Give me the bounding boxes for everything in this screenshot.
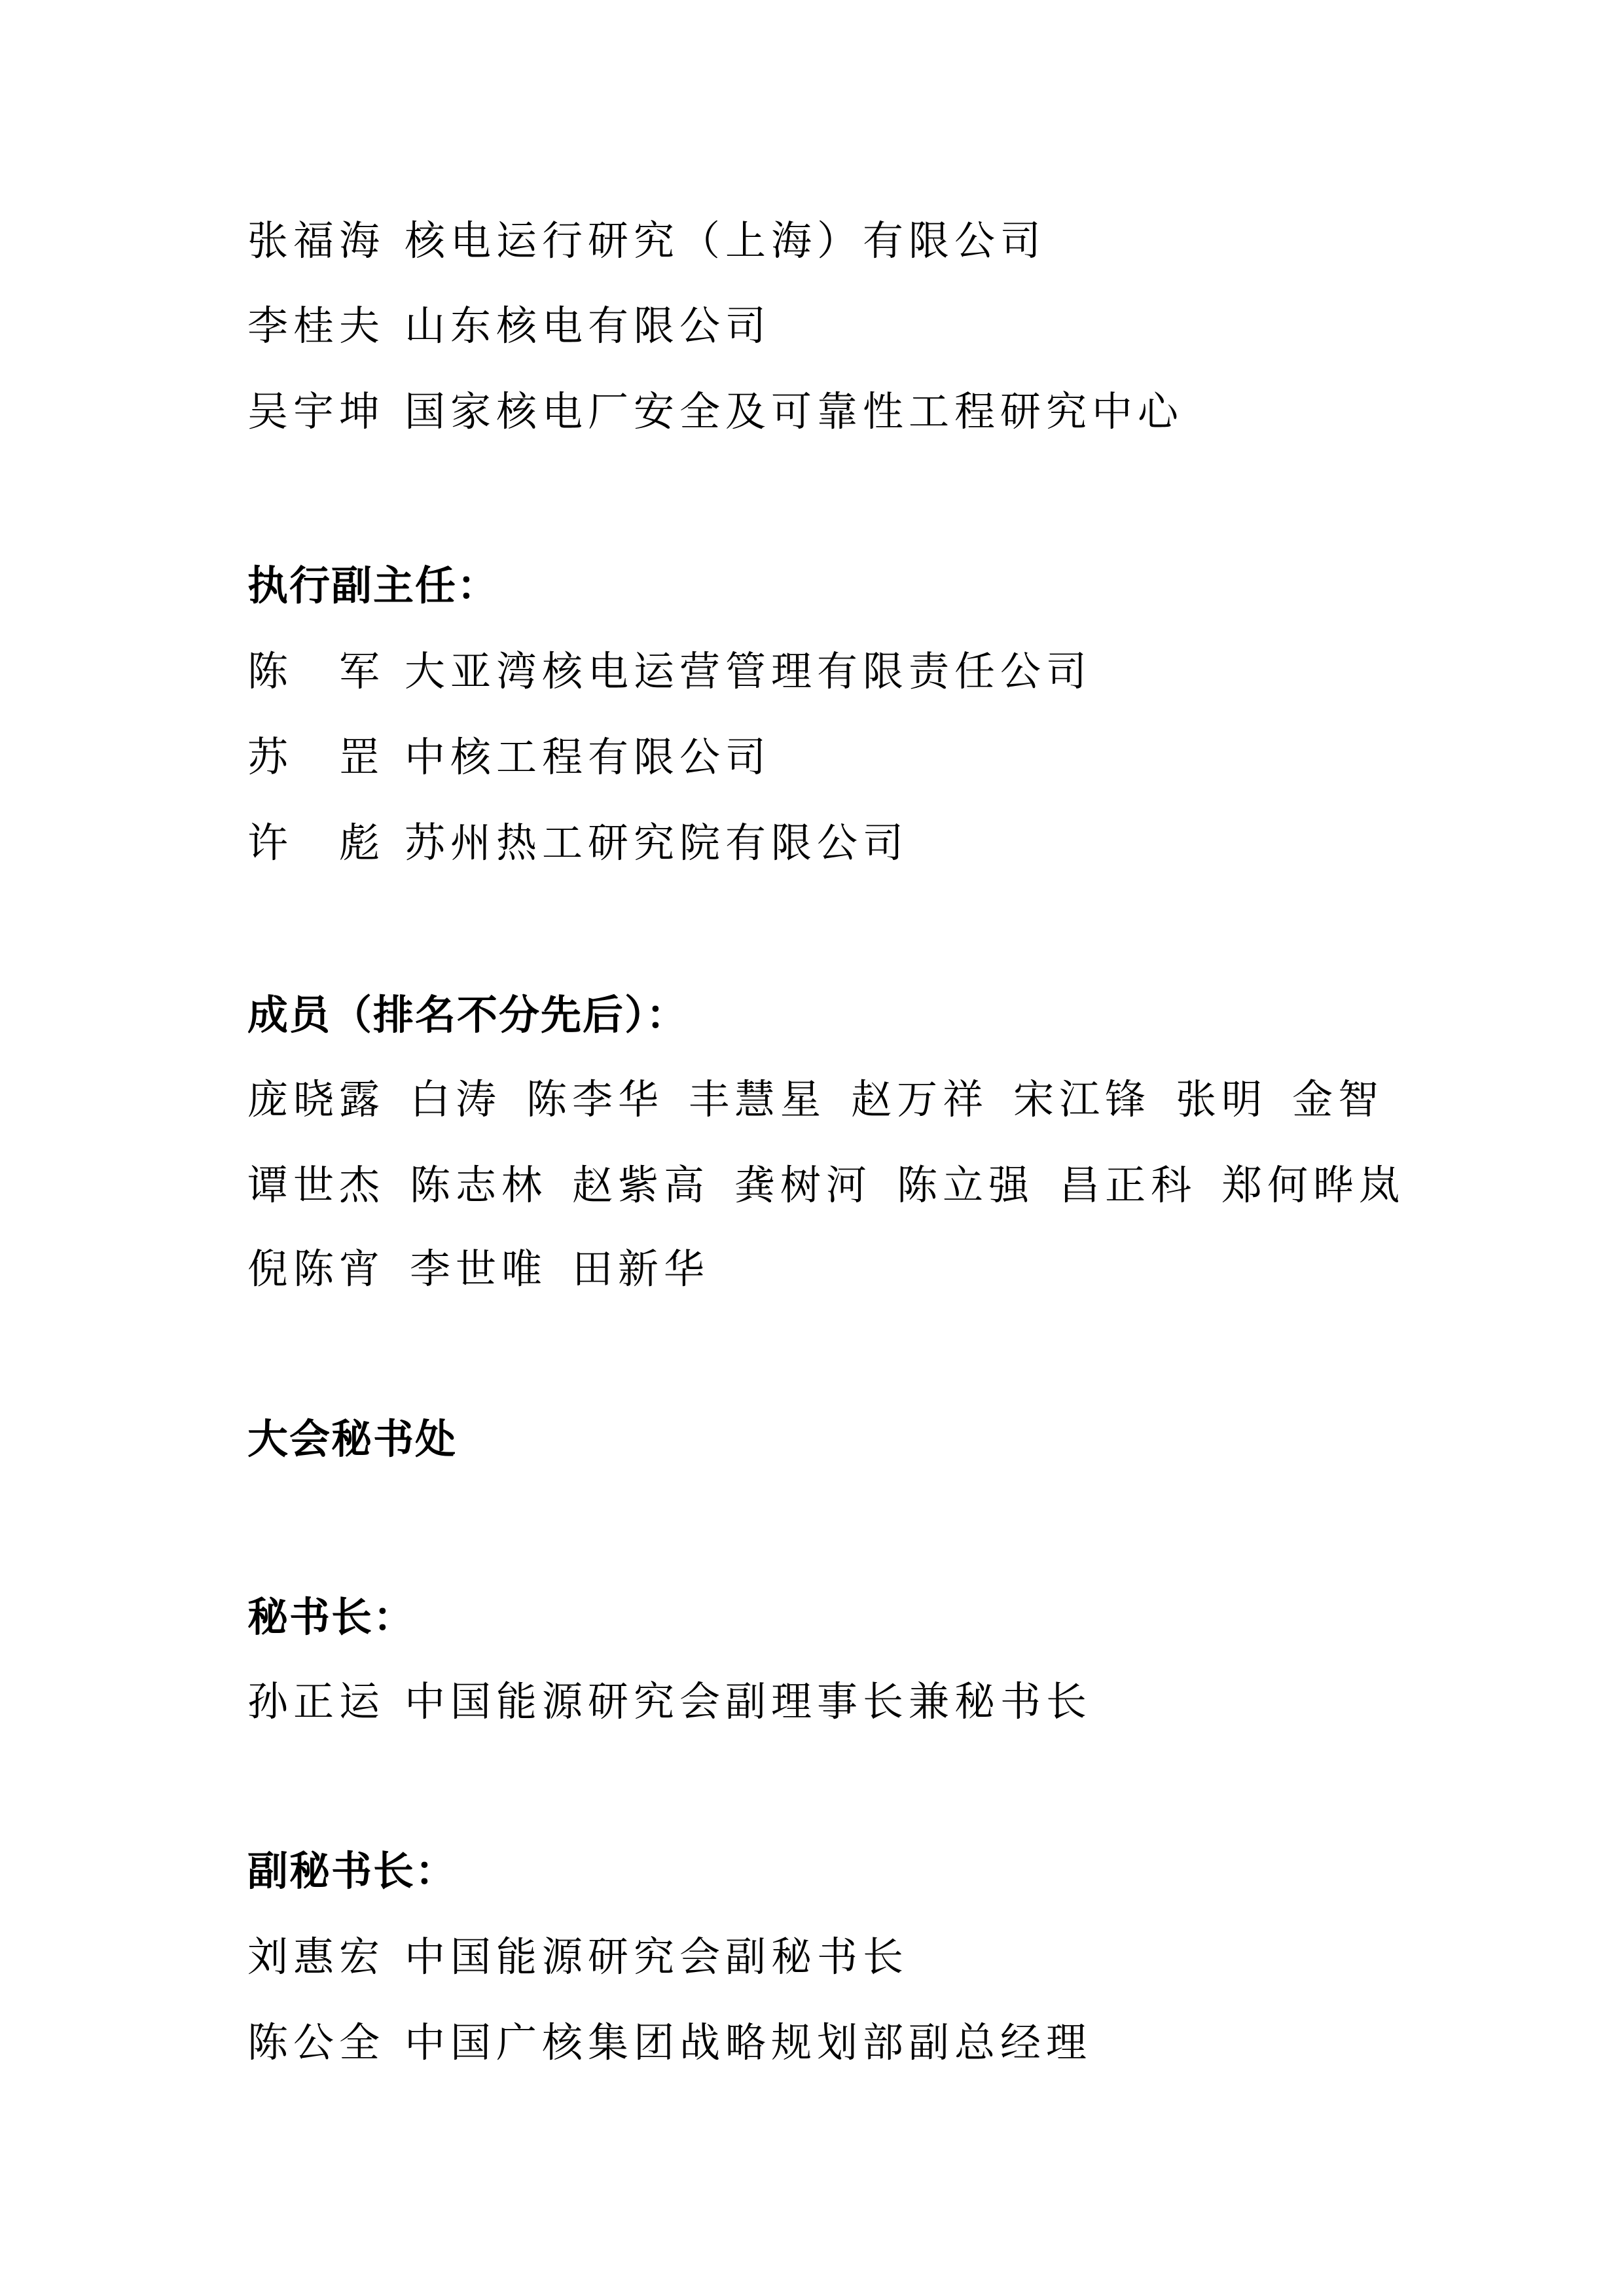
section-heading-secretary-general: 秘书长： [247, 1591, 415, 1643]
entry-row: 孙正运中国能源研究会副理事长兼秘书长 [247, 1676, 1092, 1728]
member-name: 李世唯 [410, 1245, 547, 1293]
section-heading-executive-vice-directors: 执行副主任： [247, 560, 499, 612]
organization: 中国广核集团战略规划部副总经理 [405, 2018, 1092, 2066]
organization: 核电运行研究（上海）有限公司 [405, 217, 1046, 264]
organization: 中核工程有限公司 [405, 733, 771, 781]
entry-row: 陈 军大亚湾核电运营管理有限责任公司 [247, 645, 1092, 698]
person-name: 张福海 [247, 215, 385, 267]
members-row: 倪陈宵李世唯田新华 [247, 1243, 734, 1295]
members-row: 谭世杰陈志林赵紫高龚树河陈立强昌正科郑何晔岚 [247, 1159, 1430, 1211]
entry-row: 张福海核电运行研究（上海）有限公司 [247, 215, 1046, 267]
entry-row: 苏 罡中核工程有限公司 [247, 731, 771, 783]
member-name: 张明 [1176, 1075, 1267, 1123]
organization: 国家核电厂安全及可靠性工程研究中心 [405, 387, 1183, 435]
member-name: 陈立强 [897, 1161, 1034, 1209]
organization: 中国能源研究会副理事长兼秘书长 [405, 1677, 1092, 1725]
member-name: 陈李华 [526, 1075, 664, 1123]
person-name: 孙正运 [247, 1676, 385, 1728]
section-heading-deputy-secretary-general: 副秘书长： [247, 1845, 457, 1897]
member-name: 金智 [1292, 1075, 1384, 1123]
person-name: 吴宇坤 [247, 386, 385, 438]
organization: 山东核电有限公司 [405, 302, 771, 350]
entry-row: 陈公全中国广核集团战略规划部副总经理 [247, 2017, 1092, 2069]
entry-row: 李桂夫山东核电有限公司 [247, 300, 771, 352]
members-row: 庞晓露白涛陈李华丰慧星赵万祥宋江锋张明金智 [247, 1073, 1409, 1126]
entry-row: 吴宇坤国家核电厂安全及可靠性工程研究中心 [247, 386, 1183, 438]
person-name: 刘惠宏 [247, 1931, 385, 1983]
member-name: 赵紫高 [572, 1161, 710, 1209]
person-name: 苏 罡 [247, 731, 385, 783]
member-name: 郑何晔岚 [1221, 1161, 1405, 1209]
member-name: 丰慧星 [689, 1075, 826, 1123]
member-name: 宋江锋 [1013, 1075, 1151, 1123]
person-name: 陈公全 [247, 2017, 385, 2069]
member-name: 昌正科 [1059, 1161, 1197, 1209]
member-name: 赵万祥 [851, 1075, 988, 1123]
person-name: 许 彪 [247, 817, 385, 869]
section-heading-secretariat: 大会秘书处 [247, 1413, 457, 1465]
entry-row: 刘惠宏中国能源研究会副秘书长 [247, 1931, 909, 1983]
entry-row: 许 彪苏州热工研究院有限公司 [247, 817, 909, 869]
member-name: 龚树河 [734, 1161, 872, 1209]
section-heading-members: 成员（排名不分先后）： [247, 989, 688, 1041]
member-name: 陈志林 [410, 1161, 547, 1209]
organization: 苏州热工研究院有限公司 [405, 819, 909, 867]
organization: 大亚湾核电运营管理有限责任公司 [405, 647, 1092, 695]
organization: 中国能源研究会副秘书长 [405, 1933, 909, 1981]
member-name: 庞晓露 [247, 1075, 385, 1123]
member-name: 田新华 [572, 1245, 710, 1293]
member-name: 倪陈宵 [247, 1245, 385, 1293]
person-name: 陈 军 [247, 645, 385, 698]
member-name: 白涛 [410, 1075, 501, 1123]
member-name: 谭世杰 [247, 1161, 385, 1209]
person-name: 李桂夫 [247, 300, 385, 352]
